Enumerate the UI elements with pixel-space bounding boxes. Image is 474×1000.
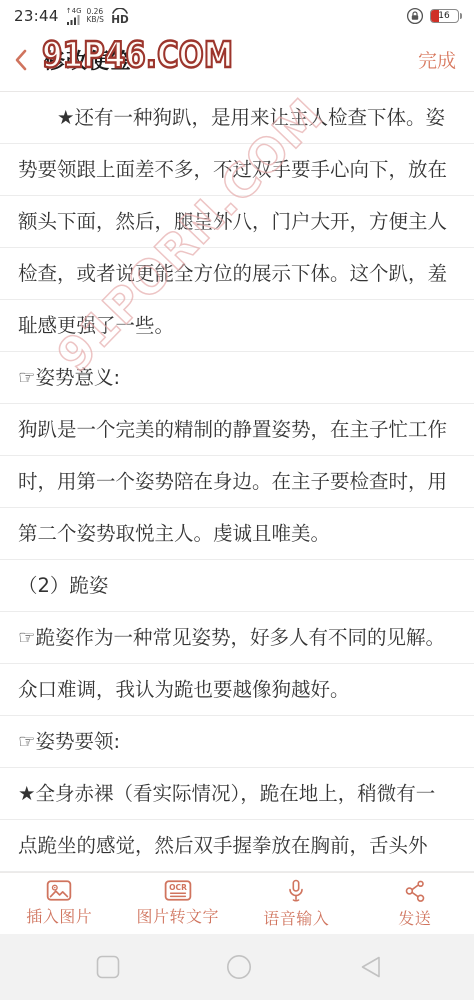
network-type-label: ↑4G <box>66 8 82 15</box>
voice-input-button[interactable]: 语音输入 <box>237 879 356 929</box>
note-line[interactable]: ★全身赤裸（看实际情况），跪在地上，稍微有一 <box>0 768 474 820</box>
signal-bars-icon <box>67 15 80 25</box>
note-editor[interactable]: ★还有一种狗趴，是用来让主人检查下体。姿 势要领跟上面差不多，不过双手要手心向下… <box>0 92 474 872</box>
note-line[interactable]: ★还有一种狗趴，是用来让主人检查下体。姿 <box>0 92 474 144</box>
voice-input-label: 语音输入 <box>263 906 329 929</box>
note-line[interactable]: 狗趴是一个完美的精制的静置姿势，在主子忙工作 <box>0 404 474 456</box>
insert-image-label: 插入图片 <box>26 904 92 927</box>
battery-icon: 16 <box>430 9 459 23</box>
home-button[interactable] <box>226 954 252 980</box>
gesture-nav-bar <box>0 934 474 1000</box>
send-button[interactable]: 发送 <box>356 879 474 929</box>
chevron-left-icon <box>14 49 28 71</box>
signal-icon: ↑4G <box>66 8 82 25</box>
note-line[interactable]: 势要领跟上面差不多，不过双手要手心向下，放在 <box>0 144 474 196</box>
battery-indicator: 16 <box>430 9 463 23</box>
status-right: 16 <box>406 7 463 25</box>
hd-voice-icon: HD <box>109 8 131 24</box>
note-line[interactable]: 众口难调，我认为跪也要越像狗越好。 <box>0 664 474 716</box>
image-icon <box>46 880 72 901</box>
note-line[interactable]: （2）跪姿 <box>0 560 474 612</box>
clock: 23:44 <box>14 7 59 25</box>
network-speed: 0.26 KB/S <box>87 8 104 25</box>
note-line[interactable]: 点跪坐的感觉，然后双手握拳放在胸前，舌头外 <box>0 820 474 872</box>
done-button[interactable]: 完成 <box>418 46 456 73</box>
note-edit-screen: 23:44 ↑4G 0.26 KB/S HD <box>0 0 474 1000</box>
note-line[interactable]: 额头下面，然后，腿呈外八，门户大开，方便主人 <box>0 196 474 248</box>
back-button[interactable] <box>14 45 34 75</box>
status-bar: 23:44 ↑4G 0.26 KB/S HD <box>0 0 474 28</box>
back-nav-button[interactable] <box>358 954 382 980</box>
page-title: 修改便签 <box>44 45 132 75</box>
battery-nub <box>460 13 463 19</box>
note-line[interactable]: 时，用第一个姿势陪在身边。在主子要检查时，用 <box>0 456 474 508</box>
image-to-text-button[interactable]: OCR 图片转文字 <box>119 880 238 927</box>
battery-percent: 16 <box>438 11 449 21</box>
ocr-icon: OCR <box>164 880 192 901</box>
image-to-text-label: 图片转文字 <box>136 904 219 927</box>
status-left: 23:44 ↑4G 0.26 KB/S HD <box>14 7 131 25</box>
insert-image-button[interactable]: 插入图片 <box>0 880 119 927</box>
editor-toolbar: 插入图片 OCR 图片转文字 语音输入 <box>0 872 474 934</box>
svg-text:HD: HD <box>111 14 129 24</box>
note-line[interactable]: 第二个姿势取悦主人。虔诚且唯美。 <box>0 508 474 560</box>
rotation-lock-icon <box>406 7 424 25</box>
recents-button[interactable] <box>96 955 120 979</box>
note-line[interactable]: ☞跪姿作为一种常见姿势，好多人有不同的见解。 <box>0 612 474 664</box>
microphone-icon <box>284 879 308 903</box>
share-icon <box>403 879 427 903</box>
note-line[interactable]: ☞姿势要领: <box>0 716 474 768</box>
note-line[interactable]: 检查，或者说更能全方位的展示下体。这个趴，羞 <box>0 248 474 300</box>
note-line[interactable]: 耻感更强了一些。 <box>0 300 474 352</box>
header: 修改便签 完成 <box>0 28 474 92</box>
note-line[interactable]: ☞姿势意义: <box>0 352 474 404</box>
svg-text:OCR: OCR <box>169 883 187 892</box>
send-label: 发送 <box>398 906 431 929</box>
